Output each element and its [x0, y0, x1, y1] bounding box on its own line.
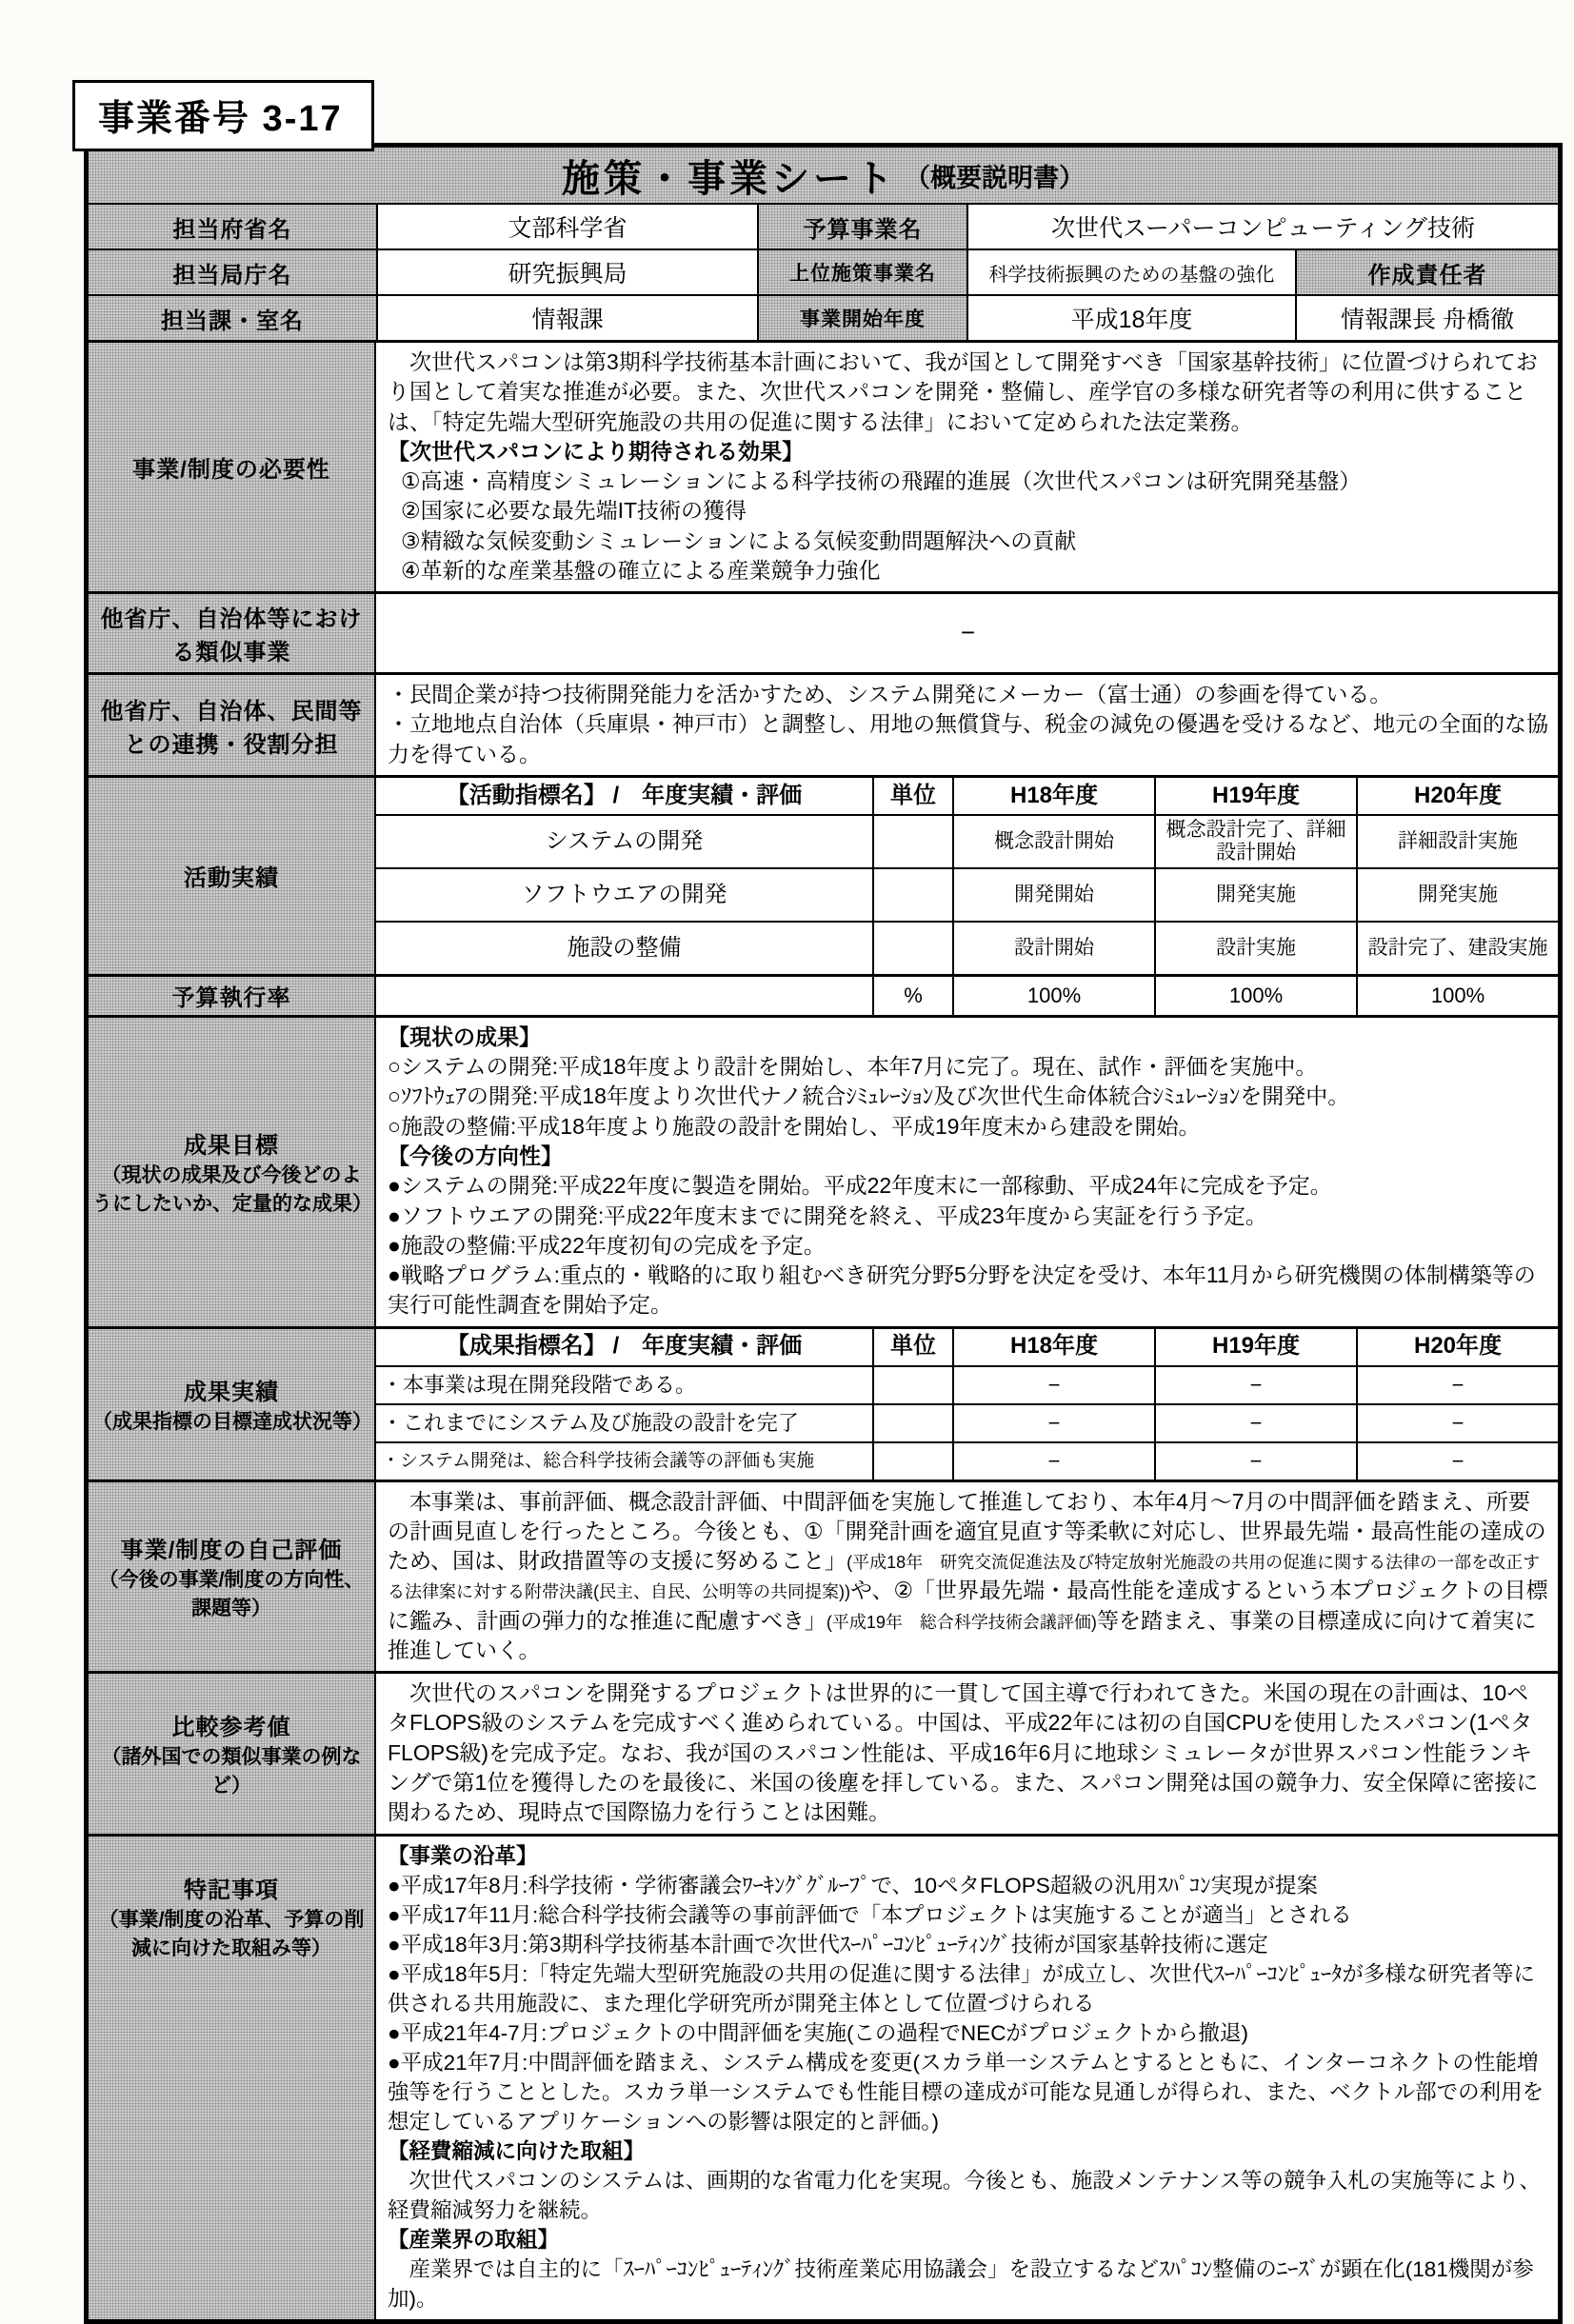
outcome-results-row-1: ・本事業は現在開発段階である。 − − − [376, 1365, 1558, 1403]
author-label: 作成責任者 [1295, 250, 1558, 294]
budget-project-value: 次世代スーパーコンピューティング技術 [966, 205, 1558, 248]
cooperation-line-2: ・立地地点自治体（兵庫県・神戸市）と調整し、用地の無償貸与、税金の減免の優遇を受… [388, 709, 1548, 769]
section-special-notes-label-sub: （事業/制度の沿革、予算の削減に向けた取組み等） [92, 1904, 370, 1961]
outcome-results-row-2-unit [872, 1405, 952, 1441]
necessity-effect-3: ③精緻な気候変動シミュレーションによる気候変動問題解決への貢献 [388, 526, 1548, 556]
activity-header-h19: H19年度 [1154, 778, 1356, 814]
special-notes-line-9: 次世代スパコンのシステムは、画期的な省電力化を実現。今後とも、施設メンテナンス等… [388, 2166, 1548, 2225]
section-special-notes-body: 【事業の沿革】 ●平成17年8月:科学技術・学術審議会ﾜｰｷﾝｸﾞｸﾞﾙｰﾌﾟで… [376, 1837, 1558, 2320]
outcome-current-1: ○システムの開発:平成18年度より設計を開始し、本年7月に完了。現在、試作・評価… [388, 1052, 1548, 1082]
section-activity-results: 活動実績 【活動指標名】 / 年度実績・評価 単位 H18年度 H19年度 H2… [89, 775, 1558, 974]
outcome-future-1: ●システムの開発:平成22年度に製造を開始。平成22年度末に一部稼動、平成24年… [388, 1171, 1548, 1201]
outcome-results-table: 【成果指標名】 / 年度実績・評価 単位 H18年度 H19年度 H20年度 ・… [376, 1329, 1558, 1480]
activity-row-software-unit [872, 869, 952, 921]
special-notes-line-6: ●平成21年4-7月:プロジェクトの中間評価を実施(この過程でNECがプロジェク… [388, 2018, 1548, 2048]
sheet-title: 施策・事業シート [562, 149, 897, 203]
sheet-table: 施策・事業シート （概要説明書） 担当府省名 文部科学省 予算事業名 次世代スー… [84, 143, 1563, 2324]
outcome-future-heading: 【今後の方向性】 [388, 1142, 1548, 1171]
outcome-results-row-3: ・システム開発は、総合科学技術会議等の評価も実施 − − − [376, 1441, 1558, 1480]
section-self-evaluation: 事業/制度の自己評価 （今後の事業/制度の方向性、課題等） 本事業は、事前評価、… [89, 1480, 1558, 1672]
section-budget-execution-label-text: 予算執行率 [172, 979, 291, 1012]
sheet-title-bar: 施策・事業シート （概要説明書） [89, 148, 1558, 203]
section-similar-projects-body: − [376, 594, 1558, 672]
section-comparative-reference-body: 次世代のスパコンを開発するプロジェクトは世界的に一貫して国主導で行われてきた。米… [376, 1674, 1558, 1833]
section-cooperation-label-text: 他省庁、自治体、民間等との連携・役割分担 [92, 692, 370, 759]
bureau-value: 研究振興局 [376, 250, 757, 294]
outcome-results-header-h19: H19年度 [1154, 1329, 1356, 1365]
section-outcome-results-label-sub: （成果指標の目標達成状況等） [92, 1406, 370, 1435]
cooperation-line-1: ・民間企業が持つ技術開発能力を活かすため、システム開発にメーカー（富士通）の参画… [388, 680, 1548, 709]
section-comparative-reference-label: 比較参考値 （諸外国での類似事業の例など） [89, 1674, 376, 1833]
section-special-notes: 特記事項 （事業/制度の沿革、予算の削減に向けた取組み等） 【事業の沿革】 ●平… [89, 1834, 1558, 2320]
budget-execution-row: % 100% 100% 100% [376, 977, 1558, 1015]
outcome-results-row-2-h18: − [952, 1405, 1154, 1441]
section-outcome-results-label-text: 成果実績 [184, 1373, 279, 1406]
ministry-label: 担当府省名 [89, 205, 376, 248]
budget-execution-unit: % [872, 977, 952, 1015]
necessity-effect-2: ②国家に必要な最先端IT技術の獲得 [388, 496, 1548, 526]
necessity-effect-4: ④革新的な産業基盤の確立による産業競争力強化 [388, 556, 1548, 586]
outcome-results-header-indicator: 【成果指標名】 / 年度実績・評価 [376, 1329, 872, 1365]
section-special-notes-label: 特記事項 （事業/制度の沿革、予算の削減に向けた取組み等） [89, 1837, 376, 2320]
activity-row-software-h19: 開発実施 [1154, 869, 1356, 921]
special-notes-line-3: ●平成17年11月:総合科学技術会議等の事前評価で「本プロジェクトは実施すること… [388, 1900, 1548, 1930]
outcome-future-2: ●ソフトウエアの開発:平成22年度末までに開発を終え、平成23年度から実証を行う… [388, 1202, 1548, 1231]
section-necessity: 事業/制度の必要性 次世代スパコンは第3期科学技術基本計画において、我が国として… [89, 340, 1558, 591]
header-row-ministry: 担当府省名 文部科学省 予算事業名 次世代スーパーコンピューティング技術 [89, 203, 1558, 248]
section-outcome-targets: 成果目標 （現状の成果及び今後どのようにしたいか、定量的な成果） 【現状の成果】… [89, 1015, 1558, 1326]
ministry-value: 文部科学省 [376, 205, 757, 248]
self-evaluation-paragraph: 本事業は、事前評価、概念設計評価、中間評価を実施して推進しており、本年4月～7月… [388, 1487, 1548, 1666]
outcome-results-row-1-unit [872, 1367, 952, 1403]
outcome-results-row-3-h20: − [1356, 1443, 1558, 1480]
outcome-results-header-h20: H20年度 [1356, 1329, 1558, 1365]
special-notes-line-10: 【産業界の取組】 [388, 2225, 1548, 2254]
project-number: 事業番号 3-17 [98, 99, 343, 139]
activity-table-header: 【活動指標名】 / 年度実績・評価 単位 H18年度 H19年度 H20年度 [376, 778, 1558, 814]
section-outcome-targets-label-sub: （現状の成果及び今後どのようにしたいか、定量的な成果） [92, 1160, 370, 1217]
section-self-evaluation-label-text: 事業/制度の自己評価 [121, 1531, 343, 1564]
section-outcome-targets-body: 【現状の成果】 ○システムの開発:平成18年度より設計を開始し、本年7月に完了。… [376, 1018, 1558, 1326]
activity-row-software-h18: 開発開始 [952, 869, 1154, 921]
special-notes-line-5: ●平成18年5月:「特定先端大型研究施設の共用の促進に関する法律」が成立し、次世… [388, 1959, 1548, 2018]
section-similar-projects-label: 他省庁、自治体等における類似事業 [89, 594, 376, 672]
budget-execution-empty [376, 977, 872, 1015]
scanned-document-page: { "colors": { "paper": "#fbfbf8", "label… [0, 0, 1574, 2228]
section-necessity-label: 事業/制度の必要性 [89, 343, 376, 591]
section-outcome-targets-label-text: 成果目標 [184, 1126, 279, 1160]
section-necessity-body: 次世代スパコンは第3期科学技術基本計画において、我が国として開発すべき「国家基幹… [376, 343, 1558, 591]
special-notes-line-7: ●平成21年7月:中間評価を踏まえ、システム構成を変更(スカラ単一システムとする… [388, 2048, 1548, 2136]
section-self-evaluation-label-sub: （今後の事業/制度の方向性、課題等） [92, 1564, 370, 1621]
outcome-results-header: 【成果指標名】 / 年度実績・評価 単位 H18年度 H19年度 H20年度 [376, 1329, 1558, 1365]
bureau-label: 担当局庁名 [89, 250, 376, 294]
section-similar-projects: 他省庁、自治体等における類似事業 − [89, 591, 1558, 672]
special-notes-line-4: ●平成18年3月:第3期科学技術基本計画で次世代ｽｰﾊﾟｰｺﾝﾋﾟｭｰﾃｨﾝｸﾞ… [388, 1930, 1548, 1959]
sheet-title-suffix: （概要説明書） [905, 157, 1085, 194]
section-outcome-targets-label: 成果目標 （現状の成果及び今後どのようにしたいか、定量的な成果） [89, 1018, 376, 1326]
section-budget-execution: 予算執行率 % 100% 100% 100% [89, 974, 1558, 1015]
outcome-current-heading: 【現状の成果】 [388, 1023, 1548, 1052]
division-value: 情報課 [376, 296, 757, 340]
activity-table: 【活動指標名】 / 年度実績・評価 単位 H18年度 H19年度 H20年度 シ… [376, 778, 1558, 974]
activity-row-facility-name: 施設の整備 [376, 923, 872, 974]
start-year-label: 事業開始年度 [757, 296, 966, 340]
project-number-box: 事業番号 3-17 [72, 80, 374, 151]
activity-row-facility-h19: 設計実施 [1154, 923, 1356, 974]
budget-execution-h19: 100% [1154, 977, 1356, 1015]
outcome-results-row-3-h18: − [952, 1443, 1154, 1480]
outcome-results-row-2-h19: − [1154, 1405, 1356, 1441]
budget-execution-h18: 100% [952, 977, 1154, 1015]
section-comparative-reference-label-text: 比較参考値 [172, 1708, 291, 1741]
activity-row-system-name: システムの開発 [376, 816, 872, 867]
parent-policy-label: 上位施策事業名 [757, 250, 966, 294]
outcome-current-3: ○施設の整備:平成18年度より施設の設計を開始し、平成19年度末から建設を開始。 [388, 1112, 1548, 1142]
activity-row-software-name: ソフトウエアの開発 [376, 869, 872, 921]
activity-row-facility-unit [872, 923, 952, 974]
activity-row-system-h20: 詳細設計実施 [1356, 816, 1558, 867]
outcome-future-3: ●施設の整備:平成22年度初旬の完成を予定。 [388, 1231, 1548, 1261]
activity-header-h20: H20年度 [1356, 778, 1558, 814]
section-similar-projects-label-text: 他省庁、自治体等における類似事業 [92, 600, 370, 666]
activity-row-system: システムの開発 概念設計開始 概念設計完了、詳細設計開始 詳細設計実施 [376, 814, 1558, 867]
section-outcome-results-label: 成果実績 （成果指標の目標達成状況等） [89, 1329, 376, 1480]
section-self-evaluation-label: 事業/制度の自己評価 （今後の事業/制度の方向性、課題等） [89, 1482, 376, 1672]
necessity-effects-heading: 【次世代スパコンにより期待される効果】 [388, 437, 1548, 467]
outcome-results-row-1-h20: − [1356, 1367, 1558, 1403]
activity-row-software-h20: 開発実施 [1356, 869, 1558, 921]
section-budget-execution-label: 予算執行率 [89, 977, 376, 1015]
author-value: 情報課長 舟橋徹 [1295, 296, 1558, 340]
section-cooperation: 他省庁、自治体、民間等との連携・役割分担 ・民間企業が持つ技術開発能力を活かすた… [89, 672, 1558, 775]
comparative-reference-text: 次世代のスパコンを開発するプロジェクトは世界的に一貫して国主導で行われてきた。米… [388, 1678, 1548, 1827]
section-activity-results-label: 活動実績 [89, 778, 376, 974]
budget-execution-table: % 100% 100% 100% [376, 977, 1558, 1015]
budget-project-label: 予算事業名 [757, 205, 966, 248]
outcome-results-row-3-name: ・システム開発は、総合科学技術会議等の評価も実施 [376, 1443, 872, 1480]
special-notes-line-2: ●平成17年8月:科学技術・学術審議会ﾜｰｷﾝｸﾞｸﾞﾙｰﾌﾟで、10ペタFLO… [388, 1871, 1548, 1900]
outcome-results-row-2-name: ・これまでにシステム及び施設の設計を完了 [376, 1405, 872, 1441]
outcome-results-row-3-unit [872, 1443, 952, 1480]
activity-header-indicator: 【活動指標名】 / 年度実績・評価 [376, 778, 872, 814]
necessity-effect-1: ①高速・高精度シミュレーションによる科学技術の飛躍的進展（次世代スパコンは研究開… [388, 467, 1548, 496]
outcome-results-row-2: ・これまでにシステム及び施設の設計を完了 − − − [376, 1403, 1558, 1441]
activity-row-facility-h18: 設計開始 [952, 923, 1154, 974]
section-self-evaluation-body: 本事業は、事前評価、概念設計評価、中間評価を実施して推進しており、本年4月～7月… [376, 1482, 1558, 1672]
outcome-results-row-1-h19: − [1154, 1367, 1356, 1403]
activity-row-facility-h20: 設計完了、建設実施 [1356, 923, 1558, 974]
header-row-division: 担当課・室名 情報課 事業開始年度 平成18年度 情報課長 舟橋徹 [89, 294, 1558, 340]
section-cooperation-body: ・民間企業が持つ技術開発能力を活かすため、システム開発にメーカー（富士通）の参画… [376, 675, 1558, 775]
section-necessity-label-text: 事業/制度の必要性 [132, 450, 330, 484]
outcome-current-2: ○ｿﾌﾄｳｪｱの開発:平成18年度より次世代ナノ統合ｼﾐｭﾚｰｼｮﾝ及び次世代生… [388, 1082, 1548, 1111]
outcome-results-row-3-h19: − [1154, 1443, 1356, 1480]
section-cooperation-label: 他省庁、自治体、民間等との連携・役割分担 [89, 675, 376, 775]
outcome-future-4: ●戦略プログラム:重点的・戦略的に取り組むべき研究分野5分野を決定を受け、本年1… [388, 1261, 1548, 1321]
special-notes-line-8: 【経費縮減に向けた取組】 [388, 2136, 1548, 2166]
parent-policy-value: 科学技術振興のための基盤の強化 [966, 250, 1295, 294]
self-evaluation-seg-4: (平成19年 総合科学技術会議評価) [827, 1613, 1097, 1632]
division-label: 担当課・室名 [89, 296, 376, 340]
outcome-results-row-1-name: ・本事業は現在開発段階である。 [376, 1367, 872, 1403]
outcome-results-row-2-h20: − [1356, 1405, 1558, 1441]
special-notes-line-1: 【事業の沿革】 [388, 1841, 1548, 1871]
activity-row-facility: 施設の整備 設計開始 設計実施 設計完了、建設実施 [376, 921, 1558, 974]
section-special-notes-label-text: 特記事項 [184, 1871, 279, 1904]
special-notes-line-11: 産業界では自主的に「ｽｰﾊﾟｰｺﾝﾋﾟｭｰﾃｨﾝｸﾞ技術産業応用協議会」を設立す… [388, 2254, 1548, 2314]
activity-row-software: ソフトウエアの開発 開発開始 開発実施 開発実施 [376, 867, 1558, 921]
section-comparative-reference-label-sub: （諸外国での類似事業の例など） [92, 1741, 370, 1798]
budget-execution-h20: 100% [1356, 977, 1558, 1015]
outcome-results-header-h18: H18年度 [952, 1329, 1154, 1365]
activity-row-system-h19: 概念設計完了、詳細設計開始 [1154, 816, 1356, 867]
outcome-results-row-1-h18: − [952, 1367, 1154, 1403]
activity-header-unit: 単位 [872, 778, 952, 814]
activity-row-system-unit [872, 816, 952, 867]
start-year-value: 平成18年度 [966, 296, 1295, 340]
necessity-intro: 次世代スパコンは第3期科学技術基本計画において、我が国として開発すべき「国家基幹… [388, 348, 1548, 437]
activity-row-system-h18: 概念設計開始 [952, 816, 1154, 867]
outcome-results-header-unit: 単位 [872, 1329, 952, 1365]
header-row-bureau: 担当局庁名 研究振興局 上位施策事業名 科学技術振興のための基盤の強化 作成責任… [89, 248, 1558, 294]
activity-header-h18: H18年度 [952, 778, 1154, 814]
section-activity-results-label-text: 活動実績 [184, 859, 279, 892]
section-comparative-reference: 比較参考値 （諸外国での類似事業の例など） 次世代のスパコンを開発するプロジェク… [89, 1671, 1558, 1833]
section-outcome-results: 成果実績 （成果指標の目標達成状況等） 【成果指標名】 / 年度実績・評価 単位… [89, 1326, 1558, 1480]
